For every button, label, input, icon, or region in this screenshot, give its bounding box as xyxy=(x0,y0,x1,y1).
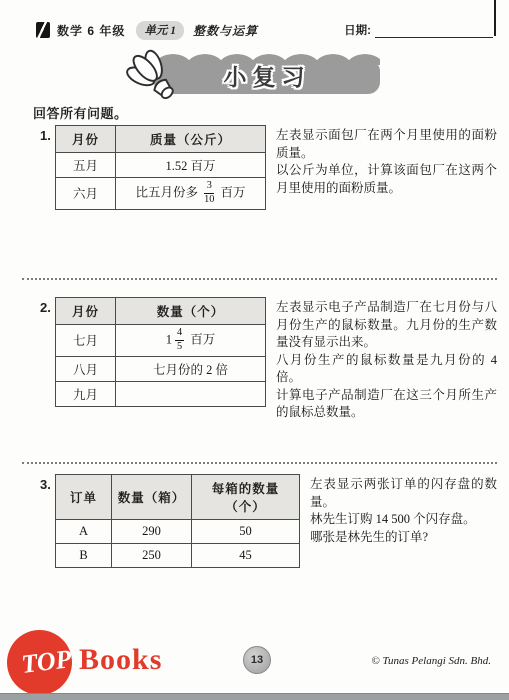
date-field: 日期: xyxy=(344,22,493,38)
question-3: 3. 订单 数量（箱） 每箱的数量（个） A 290 50 B 250 45 左… xyxy=(40,474,497,568)
question-1-text: 左表显示面包厂在两个月里使用的面粉质量。 以公斤为单位，计算该面包厂在这两个月里… xyxy=(276,125,497,197)
cell-qty-september xyxy=(116,381,266,406)
cell-month-august: 八月 xyxy=(56,356,116,381)
cell-mass-june: 比五月份多 310 百万 xyxy=(116,178,266,210)
paragraph: 哪张是林先生的订单? xyxy=(310,529,497,547)
cell-month-september: 九月 xyxy=(56,381,116,406)
date-blank-line[interactable] xyxy=(375,26,493,38)
page-header: 数学 6 年级 单元 1 整数与运算 日期: xyxy=(36,21,493,39)
paragraph: 以公斤为单位，计算该面包厂在这两个月里使用的面粉质量。 xyxy=(276,162,497,197)
june-suffix: 百万 xyxy=(221,186,246,200)
question-3-number: 3. xyxy=(40,474,55,492)
col-header-boxes: 数量（箱） xyxy=(112,475,192,520)
question-1-number: 1. xyxy=(40,125,55,143)
review-banner: 小复习 xyxy=(154,61,380,94)
cell-order-b: B xyxy=(56,544,112,568)
question-separator xyxy=(22,462,497,464)
paragraph: 左表显示电子产品制造厂在七月份与八月份生产的鼠标数量。九月份的生产数量没有显示出… xyxy=(276,299,497,352)
table-row: 八月 七月份的 2 倍 xyxy=(56,356,266,381)
table-row: 六月 比五月份多 310 百万 xyxy=(56,178,266,210)
july-suffix: 百万 xyxy=(190,333,215,347)
table-row: 七月 145 百万 xyxy=(56,325,266,357)
question-2-number: 2. xyxy=(40,297,55,315)
fraction-numerator: 3 xyxy=(204,181,214,194)
cell-qty-august: 七月份的 2 倍 xyxy=(116,356,266,381)
question-separator xyxy=(22,278,497,280)
cell-mass-may: 1.52 百万 xyxy=(116,153,266,178)
table-header-row: 订单 数量（箱） 每箱的数量（个） xyxy=(56,475,300,520)
col-header-mass: 质量（公斤） xyxy=(116,126,266,153)
table-row: A 290 50 xyxy=(56,520,300,544)
date-label: 日期: xyxy=(344,22,371,38)
cell-month-july: 七月 xyxy=(56,325,116,357)
col-header-quantity: 数量（个） xyxy=(116,298,266,325)
paragraph: 计算电子产品制造厂在这三个月所生产的鼠标总数量。 xyxy=(276,387,497,422)
col-header-per-box: 每箱的数量（个） xyxy=(192,475,300,520)
table-header-row: 月份 质量（公斤） xyxy=(56,126,266,153)
question-2-table: 月份 数量（个） 七月 145 百万 八月 七月份的 2 倍 九月 xyxy=(55,297,266,407)
paragraph: 八月份生产的鼠标数量是九月份的 4 倍。 xyxy=(276,352,497,387)
cell-boxes-b: 250 xyxy=(112,544,192,568)
june-prefix: 比五月份多 xyxy=(135,186,198,200)
table-row: B 250 45 xyxy=(56,544,300,568)
cell-perbox-b: 45 xyxy=(192,544,300,568)
unit-title: 整数与运算 xyxy=(193,22,258,39)
fraction-denominator: 5 xyxy=(175,341,184,353)
logo-top-text: TOP xyxy=(12,643,80,681)
cell-boxes-a: 290 xyxy=(112,520,192,544)
cell-perbox-a: 50 xyxy=(192,520,300,544)
june-fraction: 310 xyxy=(204,181,214,206)
paragraph: 左表显示面包厂在两个月里使用的面粉质量。 xyxy=(276,127,497,162)
logo-books-text: Books xyxy=(79,643,162,677)
col-header-month: 月份 xyxy=(56,126,116,153)
question-1-table: 月份 质量（公斤） 五月 1.52 百万 六月 比五月份多 310 百万 xyxy=(55,125,266,210)
question-3-text: 左表显示两张订单的闪存盘的数量。 林先生订购 14 500 个闪存盘。 哪张是林… xyxy=(310,474,497,546)
july-fraction: 45 xyxy=(175,328,184,353)
instruction-text: 回答所有问题。 xyxy=(33,103,128,122)
paragraph: 林先生订购 14 500 个闪存盘。 xyxy=(310,511,497,529)
question-2-text: 左表显示电子产品制造厂在七月份与八月份生产的鼠标数量。九月份的生产数量没有显示出… xyxy=(276,297,497,422)
scan-edge-mark xyxy=(494,0,496,36)
question-2: 2. 月份 数量（个） 七月 145 百万 八月 七月份的 2 倍 九月 xyxy=(40,297,497,422)
fraction-denominator: 10 xyxy=(204,194,214,206)
col-header-month: 月份 xyxy=(56,298,116,325)
cell-order-a: A xyxy=(56,520,112,544)
cell-qty-july: 145 百万 xyxy=(116,325,266,357)
banner-title: 小复习 xyxy=(154,61,380,94)
table-row: 九月 xyxy=(56,381,266,406)
fraction-numerator: 4 xyxy=(175,328,184,341)
page-number-badge: 13 xyxy=(243,646,271,674)
unit-badge: 单元 1 xyxy=(136,21,184,40)
table-header-row: 月份 数量（个） xyxy=(56,298,266,325)
cell-month-june: 六月 xyxy=(56,178,116,210)
july-whole: 1 xyxy=(166,333,172,347)
table-row: 五月 1.52 百万 xyxy=(56,153,266,178)
copyright-text: © Tunas Pelangi Sdn. Bhd. xyxy=(371,655,491,667)
worksheet-page: 数学 6 年级 单元 1 整数与运算 日期: 小复习 回答所有问题。 1. 月份 xyxy=(0,0,509,700)
col-header-order: 订单 xyxy=(56,475,112,520)
question-3-table: 订单 数量（箱） 每箱的数量（个） A 290 50 B 250 45 xyxy=(55,474,300,568)
page-bottom-edge xyxy=(0,693,509,700)
paragraph: 左表显示两张订单的闪存盘的数量。 xyxy=(310,476,497,511)
question-1: 1. 月份 质量（公斤） 五月 1.52 百万 六月 比五月份多 310 百万 … xyxy=(40,125,497,210)
top-books-logo: TOP Books xyxy=(7,630,182,696)
cell-month-may: 五月 xyxy=(56,153,116,178)
course-title: 数学 6 年级 xyxy=(57,22,125,39)
publisher-logo-icon xyxy=(36,22,50,38)
